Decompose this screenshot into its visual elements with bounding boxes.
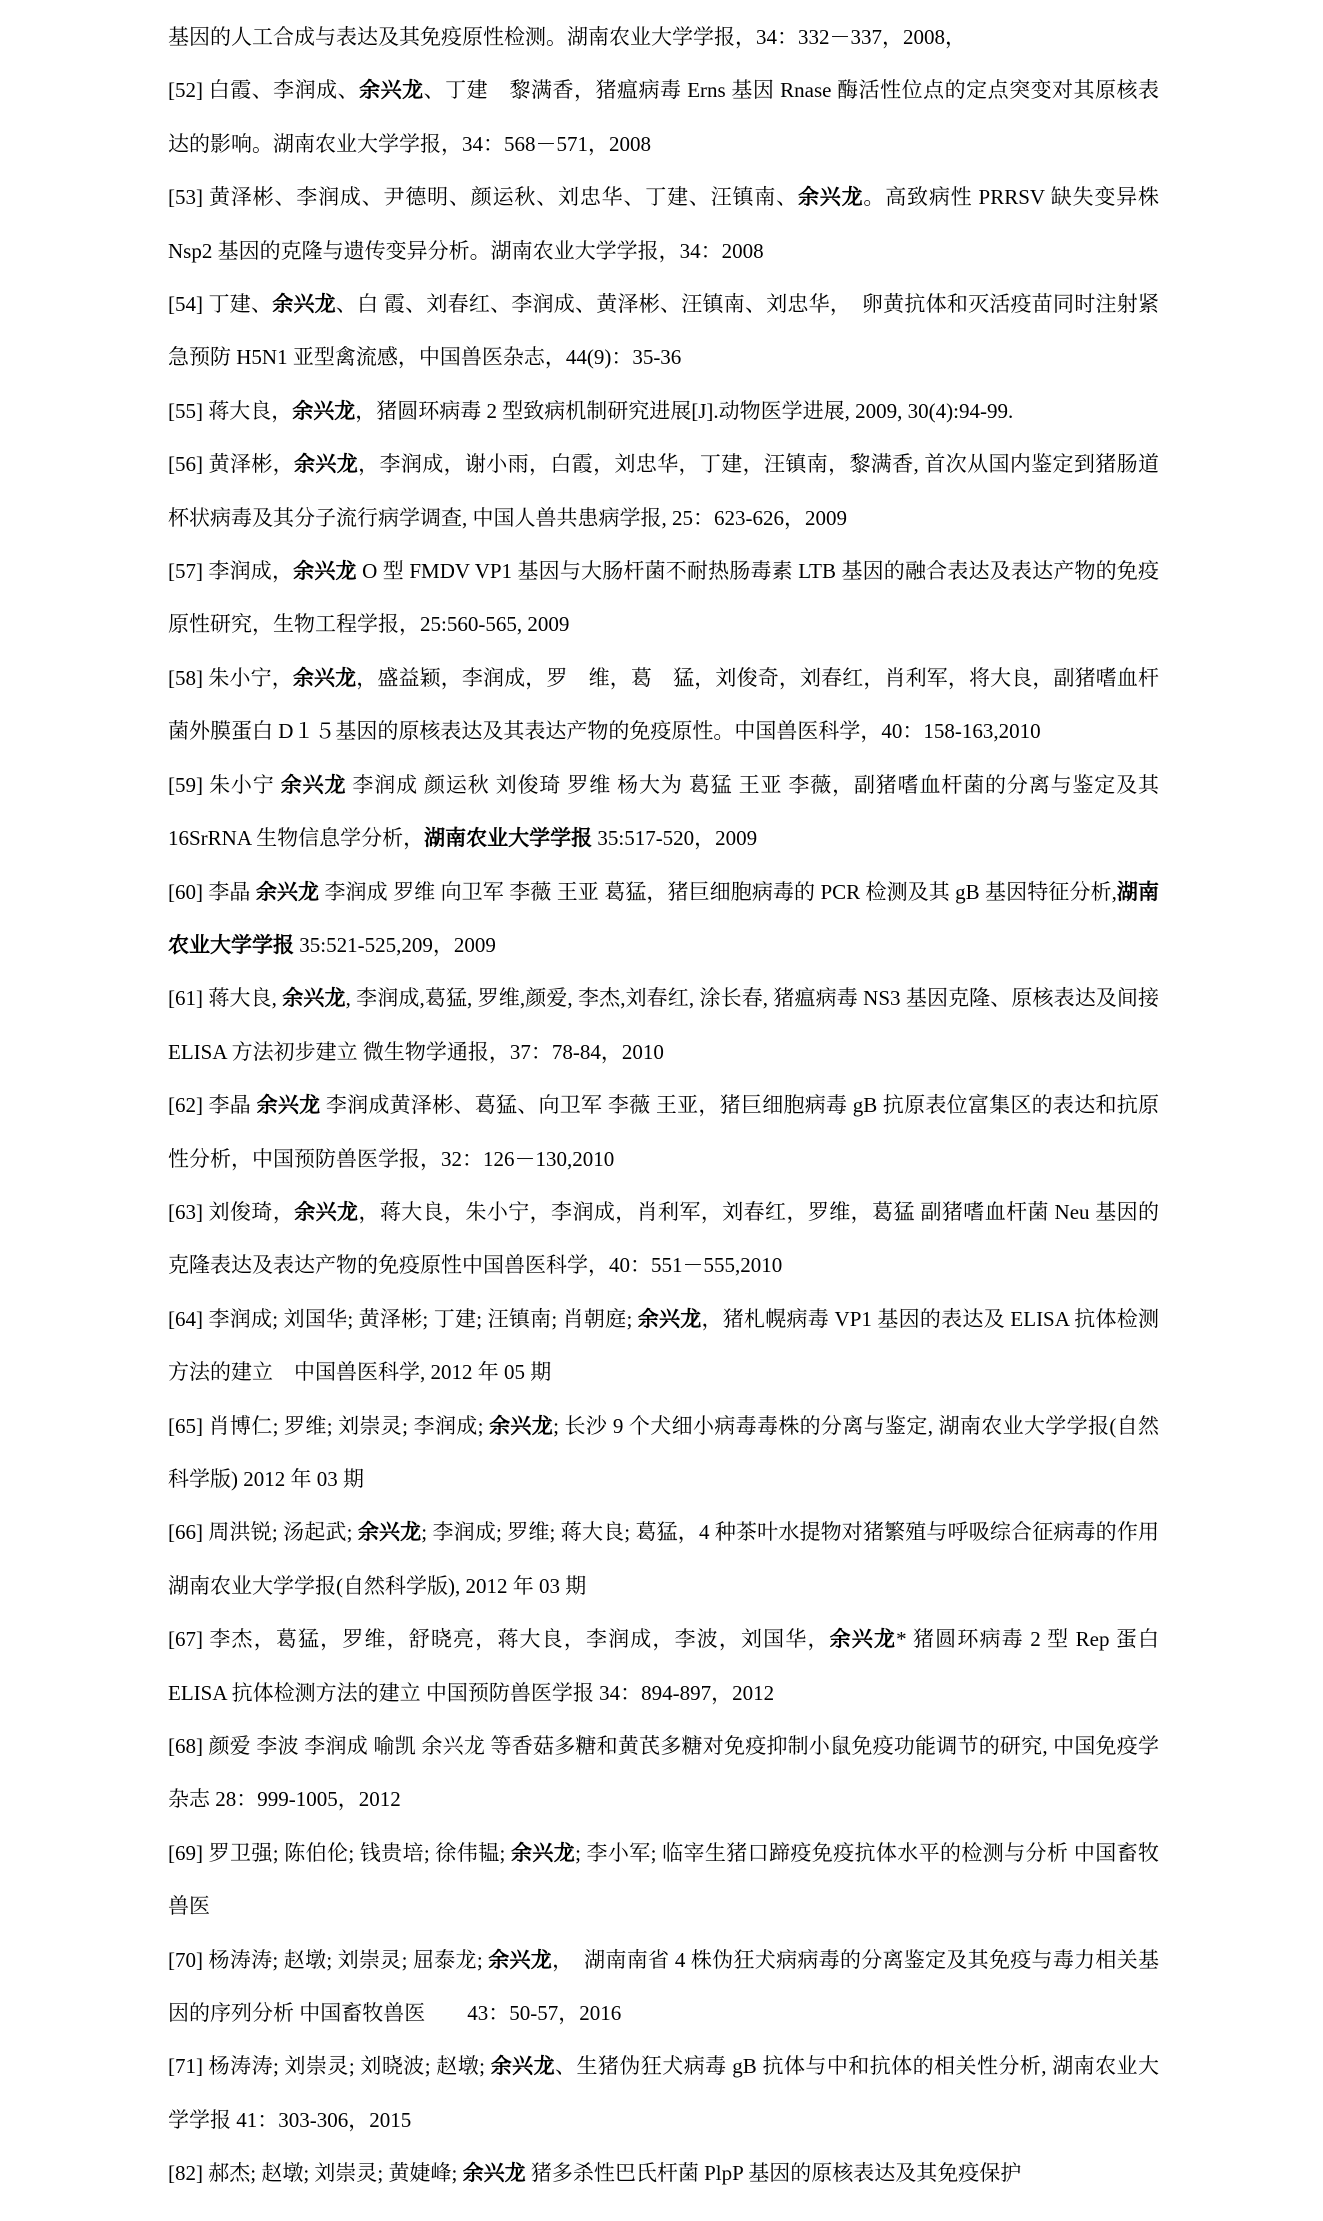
reference-item: [66] 周洪锐; 汤起武; 余兴龙; 李润成; 罗维; 蒋大良; 葛猛，4 种… <box>168 1506 1159 1613</box>
reference-text: 李润成 罗维 向卫军 李薇 王亚 葛猛，猪巨细胞病毒的 PCR 检测及其 gB … <box>319 880 1117 904</box>
highlighted-author-or-journal: 余兴龙 <box>257 1093 321 1117</box>
reference-item: [52] 白霞、李润成、余兴龙、丁建 黎满香，猪瘟病毒 Erns 基因 Rnas… <box>168 64 1159 171</box>
reference-text: [68] 颜爱 李波 李润成 喻凯 余兴龙 等香菇多糖和黄芪多糖对免疫抑制小鼠免… <box>168 1734 1159 1811</box>
reference-text: [59] 朱小宁 <box>168 773 281 797</box>
reference-item: [65] 肖博仁; 罗维; 刘崇灵; 李润成; 余兴龙; 长沙 9 个犬细小病毒… <box>168 1400 1159 1507</box>
document-page: 基因的人工合成与表达及其免疫原性检测。湖南农业大学学报，34：332－337，2… <box>0 0 1323 2221</box>
reference-text: [56] 黄泽彬， <box>168 452 294 476</box>
reference-text: 35:521-525,209，2009 <box>294 933 496 957</box>
highlighted-author-or-journal: 余兴龙 <box>511 1841 575 1865</box>
highlighted-author-or-journal: 余兴龙 <box>294 452 358 476</box>
highlighted-author-or-journal: 余兴龙 <box>256 880 319 904</box>
reference-item: [62] 李晶 余兴龙 李润成黄泽彬、葛猛、向卫军 李薇 王亚，猪巨细胞病毒 g… <box>168 1079 1159 1186</box>
reference-text: [54] 丁建、 <box>168 292 272 316</box>
reference-text: [66] 周洪锐; 汤起武; <box>168 1520 358 1544</box>
highlighted-author-or-journal: 余兴龙 <box>281 773 347 797</box>
highlighted-author-or-journal: 余兴龙 <box>294 1200 358 1224</box>
reference-item: [69] 罗卫强; 陈伯伦; 钱贵培; 徐伟韫; 余兴龙; 李小军; 临宰生猪口… <box>168 1827 1159 1934</box>
highlighted-author-or-journal: 余兴龙 <box>489 1414 553 1438</box>
reference-text: [63] 刘俊琦， <box>168 1200 294 1224</box>
reference-text: [64] 李润成; 刘国华; 黄泽彬; 丁建; 汪镇南; 肖朝庭; <box>168 1307 638 1331</box>
reference-item: [67] 李杰，葛猛，罗维，舒晓亮，蒋大良，李润成，李波，刘国华，余兴龙* 猪圆… <box>168 1613 1159 1720</box>
highlighted-author-or-journal: 余兴龙 <box>798 185 863 209</box>
reference-item: [54] 丁建、余兴龙、白 霞、刘春红、李润成、黄泽彬、汪镇南、刘忠华， 卵黄抗… <box>168 278 1159 385</box>
reference-item: [55] 蒋大良，余兴龙，猪圆环病毒 2 型致病机制研究进展[J].动物医学进展… <box>168 385 1159 438</box>
reference-item: [70] 杨涛涛; 赵墩; 刘崇灵; 屈泰龙; 余兴龙， 湖南南省 4 株伪狂犬… <box>168 1934 1159 2041</box>
reference-text: [58] 朱小宁， <box>168 666 293 690</box>
reference-item: [64] 李润成; 刘国华; 黄泽彬; 丁建; 汪镇南; 肖朝庭; 余兴龙，猪札… <box>168 1293 1159 1400</box>
reference-text: [55] 蒋大良， <box>168 399 292 423</box>
highlighted-author-or-journal: 余兴龙 <box>292 399 355 423</box>
highlighted-author-or-journal: 余兴龙 <box>282 986 345 1010</box>
highlighted-author-or-journal: 余兴龙 <box>830 1627 896 1651</box>
reference-item: [61] 蒋大良, 余兴龙, 李润成,葛猛, 罗维,颜爱, 李杰,刘春红, 涂长… <box>168 972 1159 1079</box>
reference-text: 35:517-520，2009 <box>592 826 757 850</box>
reference-text: [82] 郝杰; 赵墩; 刘崇灵; 黄婕峰; <box>168 2161 463 2185</box>
reference-text: 猪多杀性巴氏杆菌 PlpP 基因的原核表达及其免疫保护 <box>526 2161 1022 2185</box>
reference-item: [58] 朱小宁，余兴龙，盛益颖，李润成，罗 维，葛 猛，刘俊奇，刘春红，肖利军… <box>168 652 1159 759</box>
reference-text: [71] 杨涛涛; 刘崇灵; 刘晓波; 赵墩; <box>168 2054 491 2078</box>
highlighted-author-or-journal: 余兴龙 <box>293 559 357 583</box>
reference-text: [61] 蒋大良, <box>168 986 282 1010</box>
reference-item: [57] 李润成，余兴龙 O 型 FMDV VP1 基因与大肠杆菌不耐热肠毒素 … <box>168 545 1159 652</box>
reference-text: [57] 李润成， <box>168 559 293 583</box>
reference-item: [71] 杨涛涛; 刘崇灵; 刘晓波; 赵墩; 余兴龙、生猪伪狂犬病毒 gB 抗… <box>168 2040 1159 2147</box>
reference-text: [60] 李晶 <box>168 880 256 904</box>
reference-text: [62] 李晶 <box>168 1093 257 1117</box>
reference-text: [53] 黄泽彬、李润成、尹德明、颜运秋、刘忠华、丁建、汪镇南、 <box>168 185 798 209</box>
reference-item: [56] 黄泽彬，余兴龙，李润成，谢小雨，白霞，刘忠华，丁建，汪镇南，黎满香, … <box>168 438 1159 545</box>
reference-item: 基因的人工合成与表达及其免疫原性检测。湖南农业大学学报，34：332－337，2… <box>168 11 1159 64</box>
highlighted-author-or-journal: 余兴龙 <box>358 1520 421 1544</box>
reference-item: [68] 颜爱 李波 李润成 喻凯 余兴龙 等香菇多糖和黄芪多糖对免疫抑制小鼠免… <box>168 1720 1159 1827</box>
reference-item: [53] 黄泽彬、李润成、尹德明、颜运秋、刘忠华、丁建、汪镇南、余兴龙。高致病性… <box>168 171 1159 278</box>
reference-text: 基因的人工合成与表达及其免疫原性检测。湖南农业大学学报，34：332－337，2… <box>168 25 966 49</box>
highlighted-author-or-journal: 余兴龙 <box>293 666 356 690</box>
reference-item: [60] 李晶 余兴龙 李润成 罗维 向卫军 李薇 王亚 葛猛，猪巨细胞病毒的 … <box>168 866 1159 973</box>
highlighted-author-or-journal: 湖南农业大学学报 <box>424 826 592 850</box>
highlighted-author-or-journal: 余兴龙 <box>359 78 423 102</box>
highlighted-author-or-journal: 余兴龙 <box>463 2161 526 2185</box>
publication-list: 基因的人工合成与表达及其免疫原性检测。湖南农业大学学报，34：332－337，2… <box>168 11 1159 2201</box>
highlighted-author-or-journal: 余兴龙 <box>272 292 336 316</box>
reference-item: [59] 朱小宁 余兴龙 李润成 颜运秋 刘俊琦 罗维 杨大为 葛猛 王亚 李薇… <box>168 759 1159 866</box>
reference-item: [82] 郝杰; 赵墩; 刘崇灵; 黄婕峰; 余兴龙 猪多杀性巴氏杆菌 PlpP… <box>168 2147 1159 2200</box>
reference-text: [52] 白霞、李润成、 <box>168 78 359 102</box>
reference-text: [65] 肖博仁; 罗维; 刘崇灵; 李润成; <box>168 1414 489 1438</box>
reference-item: [63] 刘俊琦，余兴龙，蒋大良，朱小宁，李润成，肖利军，刘春红，罗维，葛猛 副… <box>168 1186 1159 1293</box>
reference-text: [69] 罗卫强; 陈伯伦; 钱贵培; 徐伟韫; <box>168 1841 511 1865</box>
reference-text: ，猪圆环病毒 2 型致病机制研究进展[J].动物医学进展, 2009, 30(4… <box>355 399 1013 423</box>
reference-text: [70] 杨涛涛; 赵墩; 刘崇灵; 屈泰龙; <box>168 1948 488 1972</box>
highlighted-author-or-journal: 余兴龙 <box>491 2054 555 2078</box>
highlighted-author-or-journal: 余兴龙 <box>488 1948 552 1972</box>
reference-text: [67] 李杰，葛猛，罗维，舒晓亮，蒋大良，李润成，李波，刘国华， <box>168 1627 830 1651</box>
highlighted-author-or-journal: 余兴龙 <box>638 1307 702 1331</box>
